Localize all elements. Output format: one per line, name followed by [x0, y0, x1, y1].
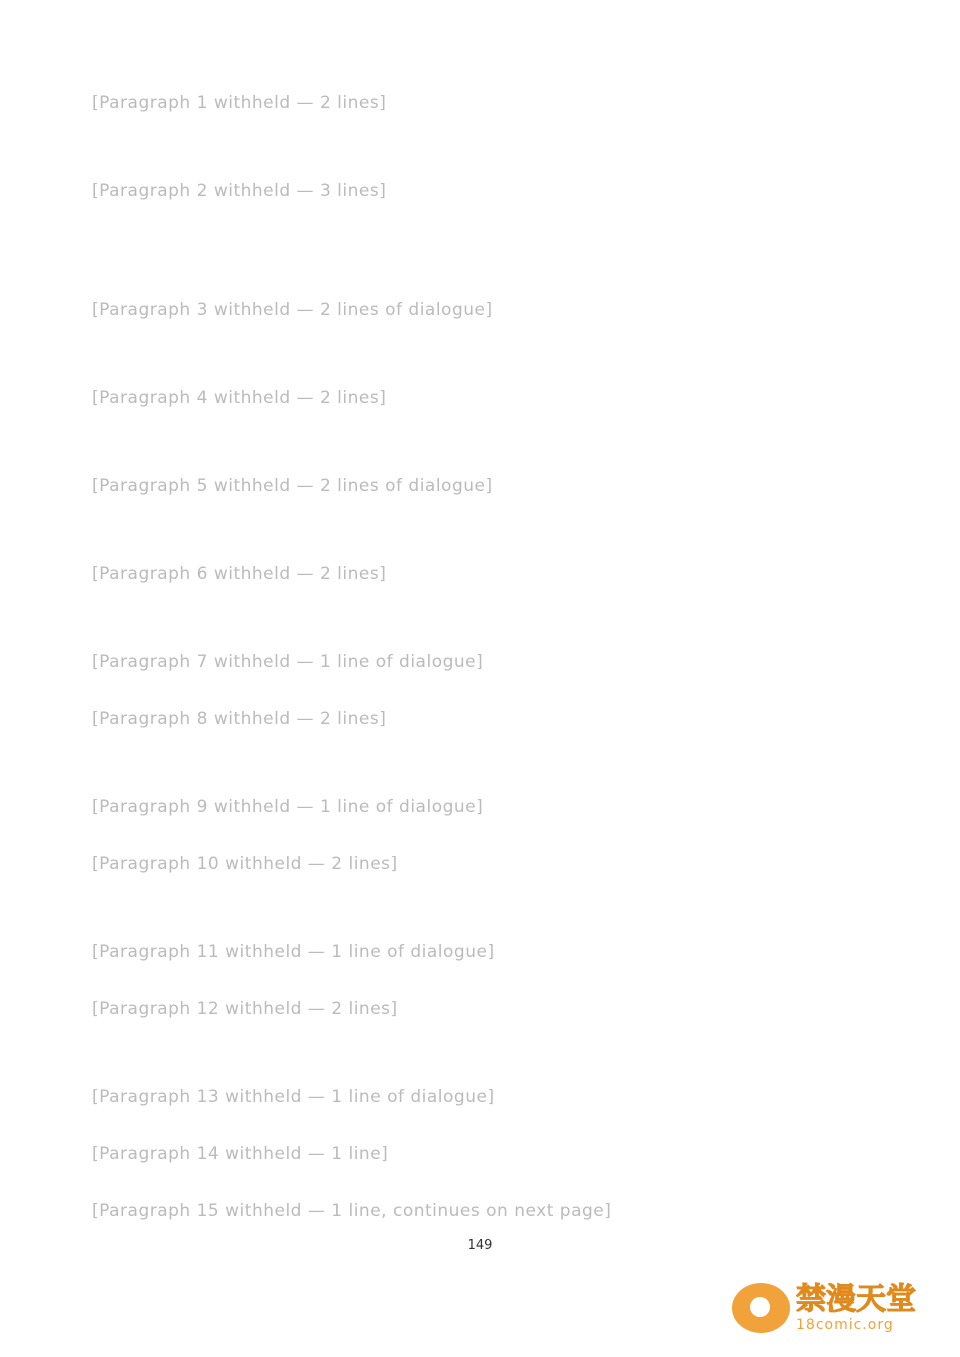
watermark-title: 禁漫天堂	[796, 1283, 916, 1317]
mascot-icon	[732, 1283, 790, 1333]
paragraph: [Paragraph 15 withheld — 1 line, continu…	[58, 1196, 903, 1227]
paragraph: [Paragraph 1 withheld — 2 lines]	[58, 88, 903, 150]
paragraph: [Paragraph 5 withheld — 2 lines of dialo…	[58, 471, 903, 533]
paragraph: [Paragraph 3 withheld — 2 lines of dialo…	[58, 295, 903, 357]
paragraph: [Paragraph 4 withheld — 2 lines]	[58, 383, 903, 445]
paragraph: [Paragraph 2 withheld — 3 lines]	[58, 176, 903, 269]
paragraph: [Paragraph 14 withheld — 1 line]	[58, 1139, 903, 1170]
paragraph: [Paragraph 6 withheld — 2 lines]	[58, 559, 903, 621]
paragraph: [Paragraph 10 withheld — 2 lines]	[58, 849, 903, 911]
watermark-subtitle: 18comic.org	[796, 1317, 894, 1333]
watermark-logo: 禁漫天堂 18comic.org	[732, 1283, 916, 1333]
document-body: [Paragraph 1 withheld — 2 lines] [Paragr…	[58, 88, 903, 1253]
paragraph: [Paragraph 7 withheld — 1 line of dialog…	[58, 647, 903, 678]
paragraph: [Paragraph 9 withheld — 1 line of dialog…	[58, 792, 903, 823]
watermark-text: 禁漫天堂 18comic.org	[796, 1283, 916, 1333]
paragraph: [Paragraph 12 withheld — 2 lines]	[58, 994, 903, 1056]
page-number: 149	[0, 1238, 960, 1253]
paragraph: [Paragraph 8 withheld — 2 lines]	[58, 704, 903, 766]
paragraph: [Paragraph 11 withheld — 1 line of dialo…	[58, 937, 903, 968]
paragraph: [Paragraph 13 withheld — 1 line of dialo…	[58, 1082, 903, 1113]
